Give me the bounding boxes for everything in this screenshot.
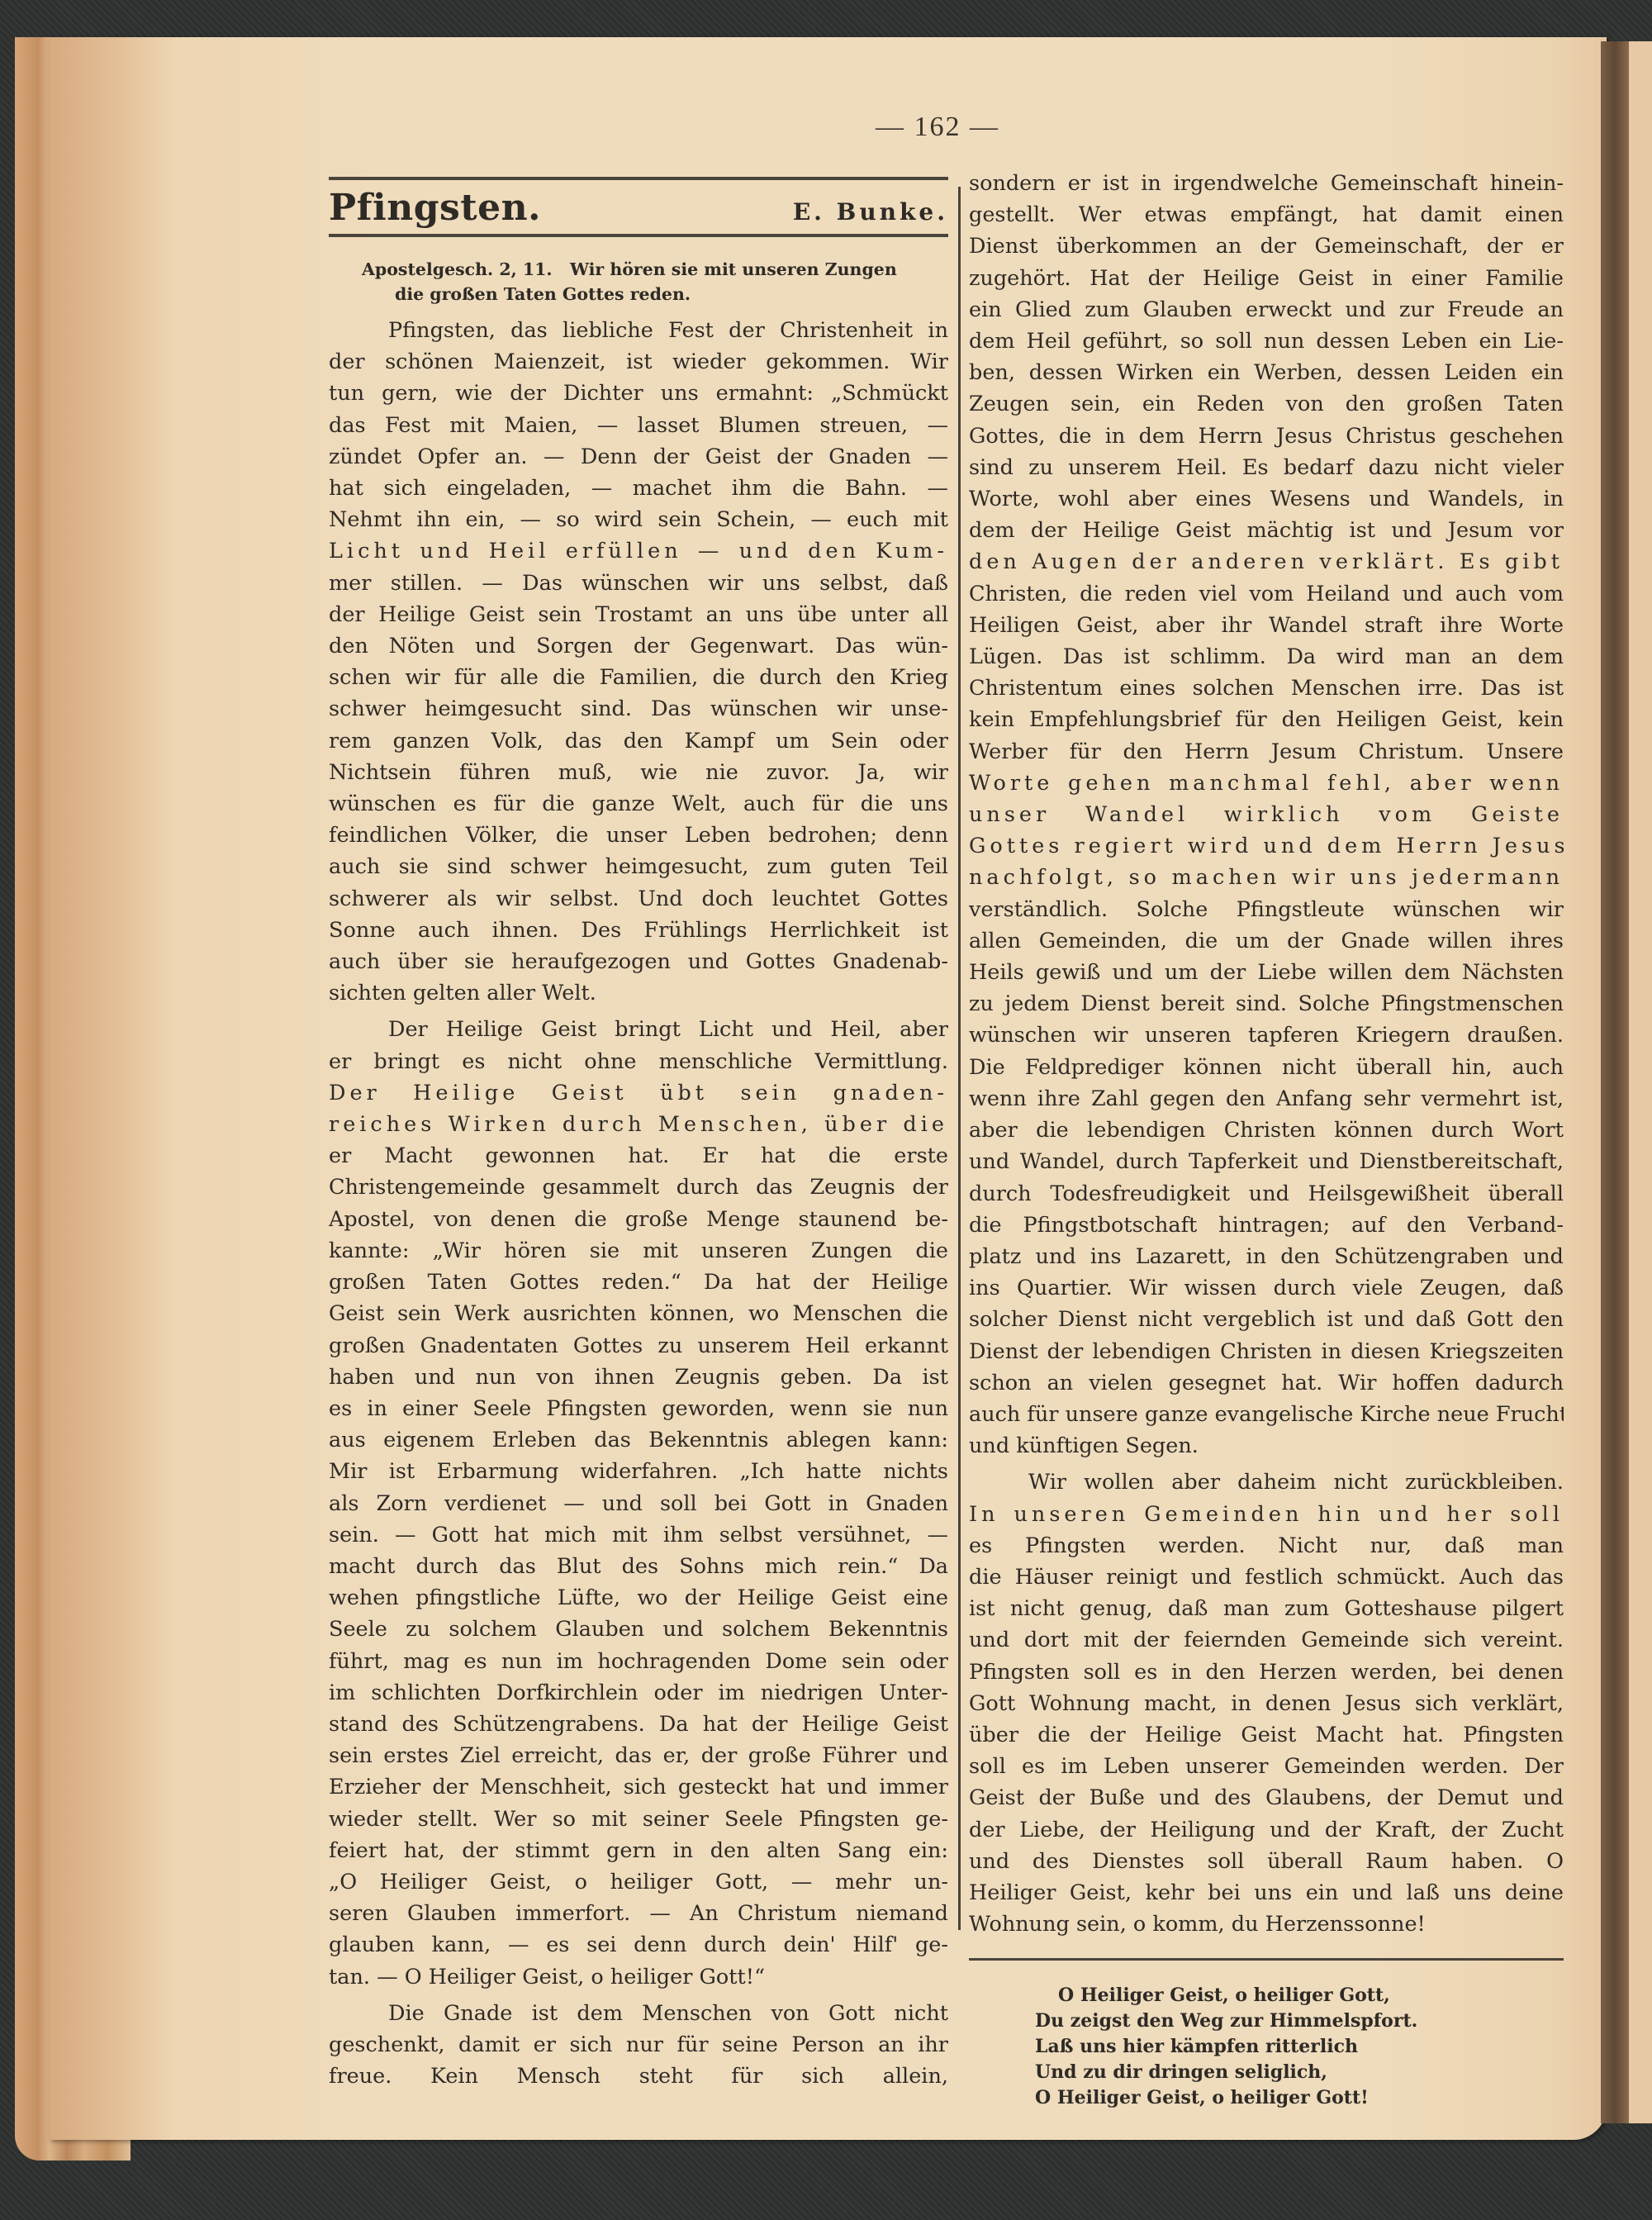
text-line: verständlich. Solche Pfingstleute wünsch… (969, 894, 1564, 925)
page-content: — 162 — Pfingsten. E. Bunke. Apostelgesc… (0, 0, 1652, 2220)
text-line: schwer heimgesucht sind. Das wünschen wi… (329, 693, 948, 725)
text-line: macht durch das Blut des Sohns mich rein… (329, 1551, 948, 1582)
text-line: Erzieher der Menschheit, sich gesteckt h… (329, 1771, 948, 1803)
text-line: führt, mag es nun im hochragenden Dome s… (329, 1646, 948, 1677)
text-line: Pfingsten soll es in den Herzen werden, … (969, 1657, 1564, 1688)
text-line: haben und nun von ihnen Zeugnis geben. D… (329, 1362, 948, 1393)
paragraph-4: sondern er ist in irgendwelche Gemeinsch… (969, 168, 1564, 1462)
text-line: tan. — O Heiliger Geist, o heiliger Gott… (329, 1961, 948, 1993)
poem-line: O Heiliger Geist, o heiliger Gott, (1035, 1983, 1564, 2008)
closing-poem: O Heiliger Geist, o heiliger Gott, Du ze… (969, 1983, 1564, 2111)
text-line: aber die lebendigen Christen können durc… (969, 1115, 1564, 1146)
text-line: Heiliger Geist, kehr bei uns ein und laß… (969, 1877, 1564, 1909)
text-line: In unseren Gemeinden hin und her soll (969, 1499, 1564, 1530)
text-line: Werber für den Herrn Jesum Christum. Uns… (969, 736, 1564, 768)
text-line: über die der Heilige Geist Macht hat. Pf… (969, 1719, 1564, 1751)
text-line: unser Wandel wirklich vom Geiste (969, 799, 1564, 830)
text-line: Geist sein Werk ausrichten können, wo Me… (329, 1298, 948, 1329)
column-divider (958, 187, 961, 1930)
text-line: ist nicht genug, daß man zum Gotteshause… (969, 1593, 1564, 1624)
text-line: großen Taten Gottes reden.“ Da hat der H… (329, 1267, 948, 1298)
text-line: Apostel, von denen die große Menge staun… (329, 1204, 948, 1235)
poem-line: Und zu dir dringen seliglich, (1035, 2060, 1564, 2085)
text-line: gestellt. Wer etwas empfängt, hat damit … (969, 199, 1564, 231)
text-line: Worte, wohl aber eines Wesens und Wandel… (969, 483, 1564, 515)
text-line: Geist der Buße und des Glaubens, der Dem… (969, 1782, 1564, 1814)
text-line: Die Gnade ist dem Menschen von Gott nich… (329, 1998, 948, 2029)
text-line: allen Gemeinden, die um der Gnade willen… (969, 925, 1564, 957)
text-line: das Fest mit Maien, — lasset Blumen stre… (329, 410, 948, 441)
text-line: durch Todesfreudigkeit und Heilsgewißhei… (969, 1178, 1564, 1210)
text-line: soll es im Leben unserer Gemeinden werde… (969, 1751, 1564, 1782)
text-line: kein Empfehlungsbrief für den Heiligen G… (969, 704, 1564, 735)
text-line: und Wandel, durch Tapferkeit und Dienstb… (969, 1146, 1564, 1177)
text-line: Zeugen sein, ein Reden von den großen Ta… (969, 388, 1564, 420)
text-line: ben, dessen Wirken ein Werben, dessen Le… (969, 357, 1564, 388)
article-header: Pfingsten. E. Bunke. (329, 180, 948, 234)
paragraph-2: Der Heilige Geist bringt Licht und Heil,… (329, 1014, 948, 1992)
text-line: es Pfingsten werden. Nicht nur, daß man (969, 1530, 1564, 1562)
paragraph-5: Wir wollen aber daheim nicht zurückbleib… (969, 1467, 1564, 1940)
text-line: platz und ins Lazarett, in den Schützeng… (969, 1241, 1564, 1272)
text-line: freue. Kein Mensch steht für sich allein… (329, 2061, 948, 2092)
text-line: der Liebe, der Heiligung und der Kraft, … (969, 1814, 1564, 1846)
text-line: und dort mit der feiernden Gemeinde sich… (969, 1624, 1564, 1656)
text-line: und des Dienstes soll überall Raum haben… (969, 1846, 1564, 1877)
text-line: glauben kann, — es sei denn durch dein' … (329, 1929, 948, 1961)
text-line: mer stillen. — Das wünschen wir uns selb… (329, 568, 948, 599)
text-line: schen wir für alle die Familien, die dur… (329, 662, 948, 693)
text-line: Dienst der lebendigen Christen in diesen… (969, 1336, 1564, 1367)
text-line: Heiligen Geist, aber ihr Wandel straft i… (969, 610, 1564, 641)
text-line: stand des Schützengrabens. Da hat der He… (329, 1709, 948, 1740)
paragraph-3: Die Gnade ist dem Menschen von Gott nich… (329, 1998, 948, 2093)
text-line: feindlichen Völker, die unser Leben bedr… (329, 820, 948, 851)
paragraph-1: Pfingsten, das liebliche Fest der Christ… (329, 315, 948, 1009)
text-line: Seele zu solchem Glauben und solchem Bek… (329, 1614, 948, 1645)
text-line: dem Heil geführt, so soll nun dessen Leb… (969, 326, 1564, 357)
text-line: die Pfingstbotschaft hintragen; auf den … (969, 1210, 1564, 1241)
text-line: hat sich eingeladen, — machet ihm die Ba… (329, 473, 948, 504)
text-line: solcher Dienst nicht vergeblich ist und … (969, 1304, 1564, 1335)
text-line: Christen, die reden viel vom Heiland und… (969, 578, 1564, 610)
article-author: E. Bunke. (793, 198, 948, 226)
text-line: feiert hat, der stimmt gern in den alten… (329, 1835, 948, 1866)
text-line: Der Heilige Geist bringt Licht und Heil,… (329, 1014, 948, 1045)
text-line: nachfolgt, so machen wir uns jedermann (969, 862, 1564, 893)
text-line: der Heilige Geist sein Trostamt an uns ü… (329, 599, 948, 630)
text-line: Mir ist Erbarmung widerfahren. „Ich hatt… (329, 1456, 948, 1487)
text-line: „O Heiliger Geist, o heiliger Gott, — me… (329, 1866, 948, 1898)
text-line: sichten gelten aller Welt. (329, 977, 948, 1009)
text-line: wünschen wir unseren tapferen Kriegern d… (969, 1020, 1564, 1051)
right-column: sondern er ist in irgendwelche Gemeinsch… (969, 168, 1564, 2111)
text-line: tun gern, wie der Dichter uns ermahnt: „… (329, 378, 948, 409)
text-line: den Augen der anderen verklärt. Es gibt (969, 546, 1564, 578)
text-line: wünschen es für die ganze Welt, auch für… (329, 788, 948, 820)
text-line: zugehört. Hat der Heilige Geist in einer… (969, 263, 1564, 294)
text-line: Gottes, die in dem Herrn Jesus Christus … (969, 421, 1564, 452)
text-line: im schlichten Dorfkirchlein oder im nied… (329, 1677, 948, 1709)
text-line: Licht und Heil erfüllen — und den Kum- (329, 535, 948, 567)
poem-line: Du zeigst den Weg zur Himmelspfort. (1035, 2008, 1564, 2034)
text-line: Die Feldprediger können nicht überall hi… (969, 1052, 1564, 1083)
text-line: wenn ihre Zahl gegen den Anfang sehr ver… (969, 1083, 1564, 1115)
text-line: Worte gehen manchmal fehl, aber wenn (969, 768, 1564, 799)
text-line: Nichtsein führen muß, wie nie zuvor. Ja,… (329, 757, 948, 788)
text-line: auch für unsere ganze evangelische Kirch… (969, 1399, 1564, 1430)
text-line: rem ganzen Volk, das den Kampf um Sein o… (329, 725, 948, 757)
header-rule-bottom (329, 234, 948, 237)
text-line: Lügen. Das ist schlimm. Da wird man an d… (969, 641, 1564, 673)
text-line: Nehmt ihn ein, — so wird sein Schein, — … (329, 504, 948, 535)
text-line: reiches Wirken durch Menschen, über die (329, 1109, 948, 1140)
motto-line-2: die großen Taten Gottes reden. (362, 282, 948, 307)
text-line: seren Glauben immerfort. — An Christum n… (329, 1898, 948, 1929)
scripture-motto: Apostelgesch. 2, 11. Wir hören sie mit u… (329, 257, 948, 307)
text-line: Wir wollen aber daheim nicht zurückbleib… (969, 1467, 1564, 1498)
text-line: die Häuser reinigt und festlich schmückt… (969, 1562, 1564, 1593)
text-line: er Macht gewonnen hat. Er hat die erste (329, 1140, 948, 1172)
text-line: schon an vielen gesegnet hat. Wir hoffen… (969, 1367, 1564, 1399)
motto-line-1: Apostelgesch. 2, 11. Wir hören sie mit u… (362, 259, 897, 279)
text-line: als Zorn verdienet — und soll bei Gott i… (329, 1488, 948, 1519)
text-line: geschenkt, damit er sich nur für seine P… (329, 2029, 948, 2061)
text-line: auch über sie heraufgezogen und Gottes G… (329, 946, 948, 977)
text-line: Heils gewiß und um der Liebe willen dem … (969, 957, 1564, 988)
text-line: der schönen Maienzeit, ist wieder gekomm… (329, 346, 948, 378)
text-line: Gott Wohnung macht, in denen Jesus sich … (969, 1688, 1564, 1719)
poem-line: Laß uns hier kämpfen ritterlich (1035, 2034, 1564, 2060)
text-line: und künftigen Segen. (969, 1430, 1564, 1462)
text-line: sein. — Gott hat mich mit ihm selbst ver… (329, 1519, 948, 1551)
text-line: es in einer Seele Pfingsten geworden, we… (329, 1393, 948, 1424)
text-line: wehen pfingstliche Lüfte, wo der Heilige… (329, 1582, 948, 1614)
text-line: zündet Opfer an. — Denn der Geist der Gn… (329, 441, 948, 473)
text-line: ein Glied zum Glauben erweckt und zur Fr… (969, 294, 1564, 326)
text-line: dem der Heilige Geist mächtig ist und Je… (969, 515, 1564, 546)
text-line: den Nöten und Sorgen der Gegenwart. Das … (329, 630, 948, 662)
page-number: — 162 — (876, 112, 999, 143)
text-line: wieder stellt. Wer so mit seiner Seele P… (329, 1804, 948, 1835)
section-divider-rule (969, 1955, 1564, 1963)
text-line: sondern er ist in irgendwelche Gemeinsch… (969, 168, 1564, 199)
text-line: zu jedem Dienst bereit sind. Solche Pfin… (969, 988, 1564, 1020)
left-column: Pfingsten. E. Bunke. Apostelgesch. 2, 11… (329, 177, 948, 2097)
text-line: auch sie sind schwer heimgesucht, zum gu… (329, 851, 948, 882)
text-line: Gottes regiert wird und dem Herrn Jesus (969, 830, 1564, 862)
text-line: großen Gnadentaten Gottes zu unserem Hei… (329, 1330, 948, 1362)
text-line: sein erstes Ziel erreicht, das er, der g… (329, 1740, 948, 1771)
text-line: ins Quartier. Wir wissen durch viele Zeu… (969, 1272, 1564, 1304)
text-line: Dienst überkommen an der Gemeinschaft, d… (969, 231, 1564, 262)
text-line: sind zu unserem Heil. Es bedarf dazu nic… (969, 452, 1564, 483)
article-title: Pfingsten. (329, 187, 541, 229)
text-line: kannte: „Wir hören sie mit unseren Zunge… (329, 1235, 948, 1267)
text-line: Sonne auch ihnen. Des Frühlings Herrlich… (329, 915, 948, 946)
text-line: schwerer als wir selbst. Und doch leucht… (329, 883, 948, 915)
poem-line: O Heiliger Geist, o heiliger Gott! (1035, 2085, 1564, 2111)
text-line: Wohnung sein, o komm, du Herzenssonne! (969, 1909, 1564, 1940)
text-line: er bringt es nicht ohne menschliche Verm… (329, 1046, 948, 1077)
text-line: Christengemeinde gesammelt durch das Zeu… (329, 1172, 948, 1203)
text-line: Christentum eines solchen Menschen irre.… (969, 673, 1564, 704)
text-line: Pfingsten, das liebliche Fest der Christ… (329, 315, 948, 346)
text-line: aus eigenem Erleben das Bekenntnis ableg… (329, 1424, 948, 1456)
text-line: Der Heilige Geist übt sein gnaden- (329, 1077, 948, 1109)
